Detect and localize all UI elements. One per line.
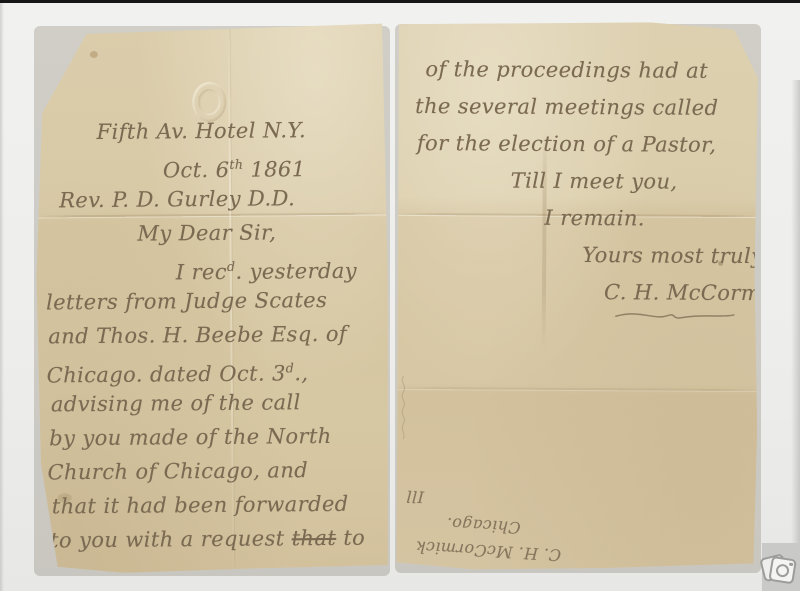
line-body-4: Chicago. dated Oct. 3d.,	[46, 350, 388, 387]
faint-pencil-annotation	[396, 373, 410, 443]
line-salutation: My Dear Sir,	[45, 214, 387, 251]
paper-stain	[90, 51, 98, 58]
letter-page-left: Fifth Av. Hotel N.Y. Oct. 6th 1861 Rev. …	[34, 22, 391, 573]
line-body-3: for the election of a Pastor,	[415, 125, 759, 164]
left-page-text: Fifth Av. Hotel N.Y. Oct. 6th 1861 Rev. …	[44, 112, 390, 557]
line-valediction: Yours most truly	[414, 236, 758, 275]
line-hotel: Fifth Av. Hotel N.Y.	[44, 112, 386, 149]
line-body-6: by you made of the North	[47, 418, 389, 455]
line-body-9: to you with a request that to	[48, 520, 390, 557]
line-body-8: that it had been forwarded	[48, 486, 390, 523]
line-body-1: I recd. yesterday	[46, 248, 388, 285]
struck-out-word: that	[292, 526, 337, 550]
right-page-text: of the proceedings had at the several me…	[414, 51, 760, 324]
line-body-5: advising me of the call	[47, 384, 389, 421]
line-body-1: of the proceedings had at	[415, 51, 759, 90]
line-body-2: the several meetings called	[415, 88, 759, 127]
line-recipient: Rev. P. D. Gurley D.D.	[45, 180, 387, 217]
fold-crease-horizontal-2	[395, 387, 757, 391]
line-body-3: and Thos. H. Beebe Esq. of	[46, 316, 388, 353]
line-closing-1: Till I meet you,	[415, 162, 759, 201]
photo-right-edge-shade	[791, 80, 800, 591]
address-docket-upside-down: C. H. McCormick Chicago. Ill	[399, 483, 579, 568]
photo-stack-camera-icon	[757, 545, 799, 589]
letter-page-right: of the proceedings had at the several me…	[394, 21, 759, 571]
line-date: Oct. 6th 1861	[45, 146, 387, 183]
line-body-7: Church of Chicago, and	[47, 452, 389, 489]
line-body-2: letters from Judge Scates	[46, 282, 388, 319]
line-signature: C. H. McCormick	[414, 273, 758, 312]
letter-photograph: Fifth Av. Hotel N.Y. Oct. 6th 1861 Rev. …	[0, 0, 800, 591]
line-closing-2: I remain.	[414, 199, 758, 238]
photo-left-edge-shade	[0, 0, 4, 591]
photo-top-border	[0, 0, 800, 3]
